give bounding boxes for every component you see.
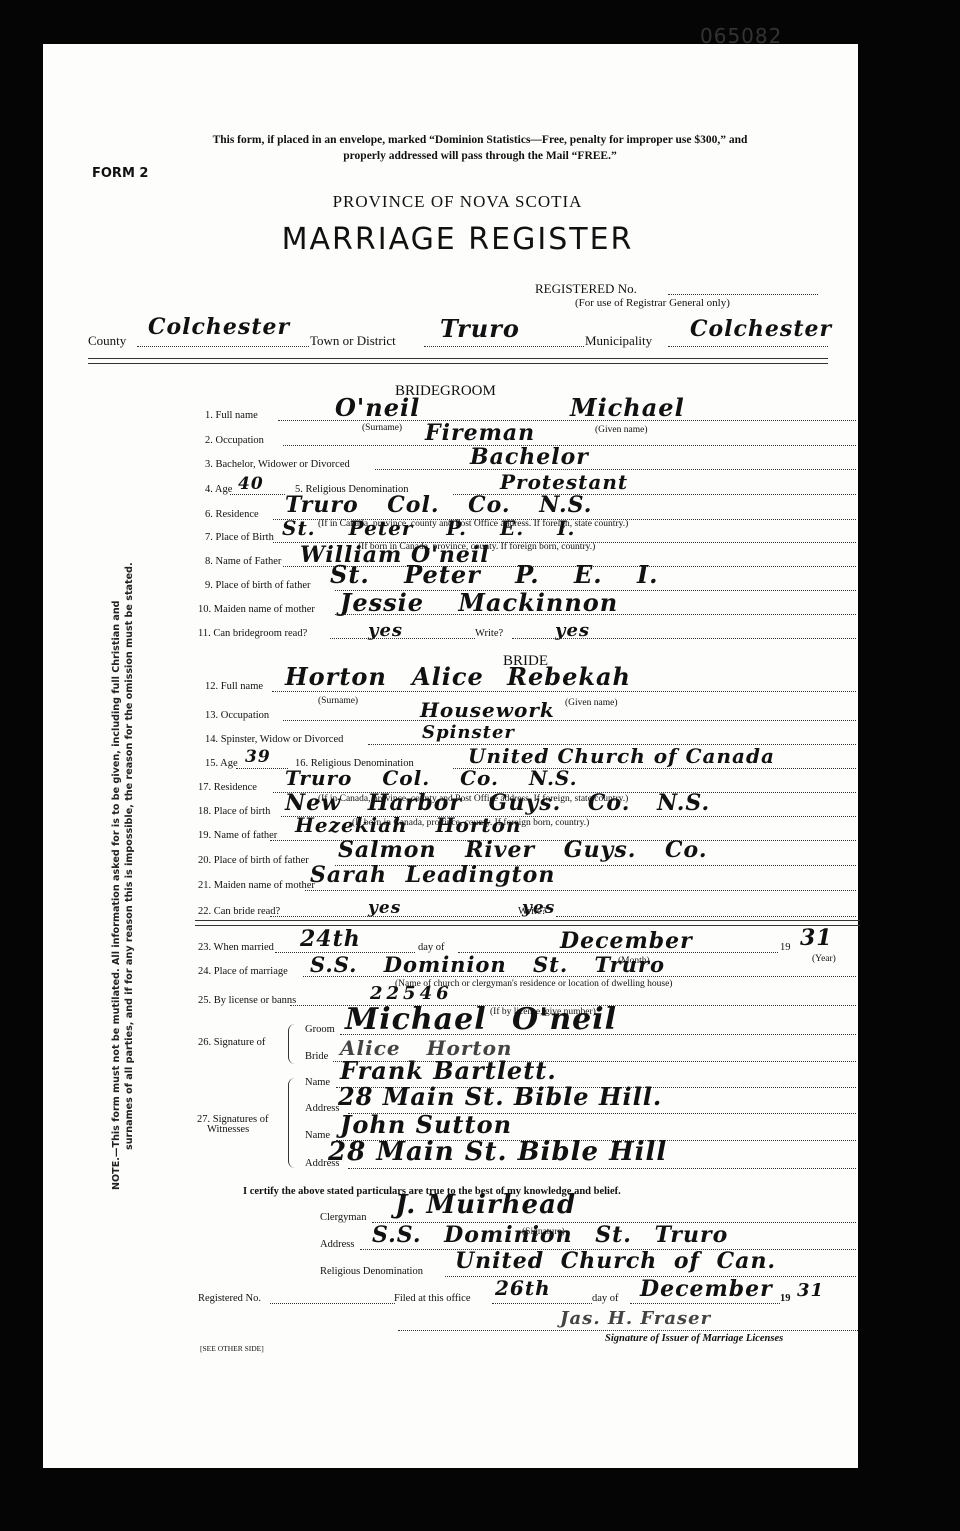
filed-year: 31: [797, 1280, 824, 1301]
town-value: Truro: [440, 314, 520, 343]
place-of-marriage-label: 24. Place of marriage: [198, 966, 288, 977]
clergyman-religion: United Church of Can.: [455, 1248, 776, 1274]
municipality-value: Colchester: [690, 316, 832, 342]
witness1-address-label: Address: [305, 1103, 339, 1114]
bride-residence: Truro Col. Co. N.S.: [285, 766, 578, 790]
bride-status: Spinster: [422, 722, 515, 743]
filed-year-prefix: 19: [780, 1293, 791, 1304]
groom-residence-label: 6. Residence: [205, 509, 259, 520]
municipality-label: Municipality: [585, 333, 652, 349]
groom-birthplace-label: 7. Place of Birth: [205, 532, 274, 543]
bride-age-label: 15. Age: [205, 758, 238, 769]
page-title: MARRIAGE REGISTER: [0, 222, 915, 257]
groom-can-read: yes: [368, 620, 403, 641]
license-number: 22546: [370, 983, 453, 1004]
groom-mother-label: 10. Maiden name of mother: [198, 604, 315, 615]
groom-status: Bachelor: [470, 444, 589, 470]
witness1-name-label: Name: [305, 1077, 330, 1088]
marriage-day: 24th: [300, 926, 361, 952]
registered-note: (For use of Registrar General only): [575, 297, 730, 309]
marriage-year: 31: [800, 925, 833, 951]
side-note: NOTE.—This form must not be mutilated. A…: [110, 562, 136, 1190]
form-label: FORM 2: [92, 166, 148, 181]
registered-label: REGISTERED No.: [535, 281, 637, 297]
bride-mother-maiden-name: Sarah Leadington: [310, 862, 555, 888]
mail-notice-line2: properly addressed will pass through the…: [0, 150, 960, 162]
when-married-label: 23. When married: [198, 942, 274, 953]
see-other-side-note: [SEE OTHER SIDE]: [200, 1344, 264, 1353]
marriage-month: December: [560, 928, 693, 954]
filed-day: 26th: [495, 1276, 551, 1300]
mail-notice-line1: This form, if placed in an envelope, mar…: [0, 134, 960, 146]
given-name-hint: (Given name): [565, 698, 618, 708]
bride-surname: Horton: [285, 662, 387, 691]
county-value: Colchester: [148, 314, 290, 340]
witnesses-label-line2: Witnesses: [207, 1124, 249, 1135]
given-name-hint: (Given name): [595, 425, 648, 435]
bride-signature-label: Bride: [305, 1051, 328, 1062]
groom-can-read-label: 11. Can bridegroom read?: [198, 628, 307, 639]
groom-full-name-label: 1. Full name: [205, 410, 258, 421]
bride-given-name: Alice Rebekah: [412, 662, 631, 691]
province-heading: PROVINCE OF NOVA SCOTIA: [0, 192, 915, 212]
groom-father-birthplace: St. Peter P. E. I.: [330, 560, 659, 589]
filed-label: Filed at this office: [394, 1293, 471, 1304]
bride-occupation-label: 13. Occupation: [205, 710, 269, 721]
bride-mother-label: 21. Maiden name of mother: [198, 880, 315, 891]
surname-hint: (Surname): [362, 423, 402, 433]
clergyman-address: S.S. Dominion St. Truro: [372, 1222, 728, 1248]
groom-father-birthplace-label: 9. Place of birth of father: [205, 580, 311, 591]
issuer-label: Signature of Issuer of Marriage Licenses: [605, 1333, 783, 1344]
filed-month: December: [640, 1276, 773, 1302]
bride-age: 39: [245, 747, 271, 767]
county-label: County: [88, 333, 126, 349]
issuer-signature: Jas. H. Fraser: [560, 1308, 711, 1329]
bride-father-label: 19. Name of father: [198, 830, 277, 841]
document-number: 065082: [700, 24, 782, 48]
license-label: 25. By license or banns: [198, 995, 296, 1006]
bride-father: Hezekiah Horton: [295, 813, 522, 837]
groom-age: 40: [238, 474, 264, 494]
witness2-name-label: Name: [305, 1130, 330, 1141]
groom-status-label: 3. Bachelor, Widower or Divorced: [205, 459, 350, 470]
groom-residence: Truro Col. Co. N.S.: [285, 492, 592, 518]
registered-number-field[interactable]: [668, 294, 818, 295]
groom-signature: Michael O'neil: [345, 1002, 617, 1037]
groom-religion: Protestant: [500, 470, 628, 494]
groom-mother-maiden-name: Jessie Mackinnon: [340, 588, 618, 617]
groom-birthplace: St. Peter P. E. I.: [282, 516, 575, 540]
clergyman-label: Clergyman: [320, 1212, 366, 1223]
groom-given-name: Michael: [570, 393, 685, 422]
bride-can-write: yes: [522, 898, 555, 918]
bride-occupation: Housework: [420, 698, 555, 722]
bride-father-birthplace: Salmon River Guys. Co.: [338, 837, 708, 863]
witness2-name: John Sutton: [340, 1110, 512, 1139]
clergyman-signature: J. Muirhead: [395, 1190, 576, 1220]
witness1-address: 28 Main St. Bible Hill.: [338, 1082, 662, 1111]
groom-age-label: 4. Age: [205, 484, 232, 495]
filing-registered-label: Registered No.: [198, 1293, 261, 1304]
filed-day-of-label: day of: [592, 1293, 619, 1304]
place-of-marriage: S.S. Dominion St. Truro: [310, 952, 665, 977]
clergyman-address-label: Address: [320, 1239, 354, 1250]
groom-can-write: yes: [555, 620, 590, 641]
groom-signature-label: Groom: [305, 1024, 335, 1035]
bride-father-birthplace-label: 20. Place of birth of father: [198, 855, 309, 866]
groom-can-write-label: Write?: [475, 628, 503, 639]
year-prefix: 19: [780, 942, 791, 953]
surname-hint: (Surname): [318, 696, 358, 706]
bride-residence-label: 17. Residence: [198, 782, 257, 793]
signature-of-label: 26. Signature of: [198, 1037, 265, 1048]
bride-religion: United Church of Canada: [468, 744, 775, 768]
witness1-name: Frank Bartlett.: [340, 1056, 557, 1085]
bride-can-read-label: 22. Can bride read?: [198, 906, 280, 917]
town-label: Town or District: [310, 333, 396, 349]
year-hint: (Year): [812, 954, 836, 964]
bride-full-name-label: 12. Full name: [205, 681, 263, 692]
groom-occupation-label: 2. Occupation: [205, 435, 264, 446]
bride-can-read: yes: [368, 898, 401, 918]
bride-birthplace-label: 18. Place of birth: [198, 806, 270, 817]
clergyman-religion-label: Religious Denomination: [320, 1266, 423, 1277]
groom-father-label: 8. Name of Father: [205, 556, 281, 567]
groom-occupation: Fireman: [425, 420, 535, 446]
groom-surname: O'neil: [335, 393, 420, 422]
bride-status-label: 14. Spinster, Widow or Divorced: [205, 734, 343, 745]
witness2-address: 28 Main St. Bible Hill: [328, 1137, 667, 1167]
